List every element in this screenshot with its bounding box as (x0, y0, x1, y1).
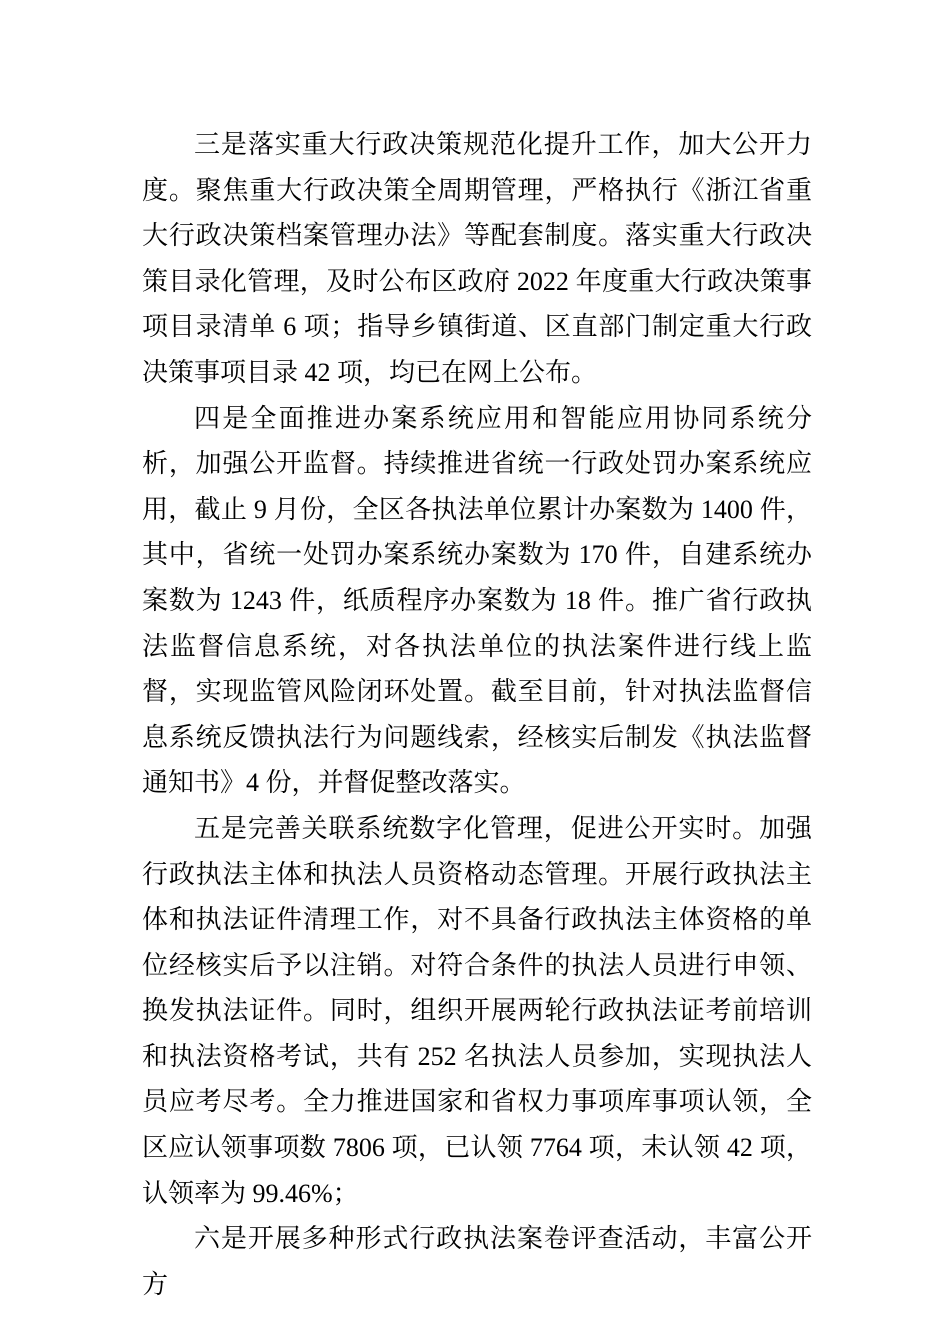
document-body: 三是落实重大行政决策规范化提升工作，加大公开力度。聚焦重大行政决策全周期管理，严… (142, 122, 812, 1307)
document-page: 三是落实重大行政决策规范化提升工作，加大公开力度。聚焦重大行政决策全周期管理，严… (0, 0, 950, 1344)
paragraph-point-six: 六是开展多种形式行政执法案卷评查活动，丰富公开方 (142, 1216, 812, 1307)
paragraph-point-three: 三是落实重大行政决策规范化提升工作，加大公开力度。聚焦重大行政决策全周期管理，严… (142, 122, 812, 396)
paragraph-point-four: 四是全面推进办案系统应用和智能应用协同系统分析，加强公开监督。持续推进省统一行政… (142, 396, 812, 806)
paragraph-point-five: 五是完善关联系统数字化管理，促进公开实时。加强行政执法主体和执法人员资格动态管理… (142, 806, 812, 1216)
